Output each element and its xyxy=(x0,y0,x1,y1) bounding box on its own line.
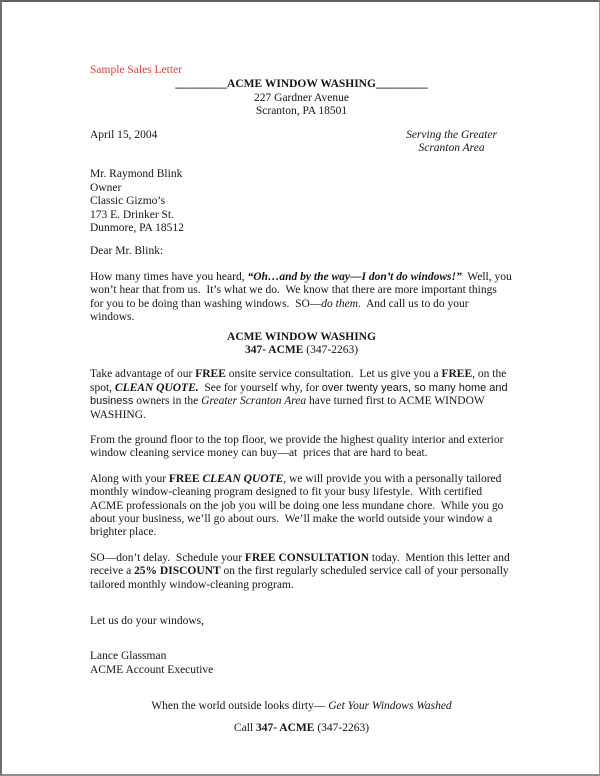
p2-text-4: See for yourself why, for xyxy=(199,382,322,394)
p2-free-emphasis-2: FREE xyxy=(441,368,472,380)
call-numeric: (347-2263) xyxy=(314,722,369,734)
recipient-city: Dunmore, PA 18512 xyxy=(90,222,513,235)
slogan-regular: When the world outside looks dirty— xyxy=(151,700,328,712)
p2-text-1: Take advantage of our xyxy=(90,368,195,380)
phone-vanity-number: 347- ACME xyxy=(245,344,303,356)
callout-company-name: ACME WINDOW WASHING xyxy=(90,331,513,344)
letterhead: _________ACME WINDOW WASHING_________ 22… xyxy=(90,78,513,118)
recipient-company: Classic Gizmo’s xyxy=(90,195,513,208)
date-row: April 15, 2004 Serving the Greater Scran… xyxy=(90,129,513,156)
p2-free-emphasis-1: FREE xyxy=(195,368,226,380)
letter-page: Sample Sales Letter _________ACME WINDOW… xyxy=(0,0,600,776)
p1-do-them-emphasis: do them xyxy=(321,298,358,310)
slogan-italic: Get Your Windows Washed xyxy=(328,700,451,712)
p2-clean-quote-emphasis: CLEAN QUOTE. xyxy=(115,382,199,394)
callout-phone-line: 347- ACME (347-2263) xyxy=(90,344,513,357)
sample-letter-label: Sample Sales Letter xyxy=(90,64,513,77)
tagline-line2: Scranton Area xyxy=(406,142,497,155)
recipient-street: 173 E. Drinker St. xyxy=(90,209,513,222)
service-area-tagline: Serving the Greater Scranton Area xyxy=(406,129,497,156)
p2-scranton-area-emphasis: Greater Scranton Area xyxy=(201,395,306,407)
company-callout-block: ACME WINDOW WASHING 347- ACME (347-2263) xyxy=(90,331,513,358)
salutation: Dear Mr. Blink: xyxy=(90,245,513,258)
footer-slogan-block: When the world outside looks dirty— Get … xyxy=(90,700,513,735)
paragraph-program: Along with your FREE CLEAN QUOTE, we wil… xyxy=(90,473,513,540)
p4-clean-quote-emphasis: CLEAN QUOTE xyxy=(202,473,283,485)
p2-text-5: owners in the xyxy=(133,395,201,407)
call-vanity-number: 347- ACME xyxy=(256,722,314,734)
p2-text-2: onsite service consultation. Let us give… xyxy=(226,368,442,380)
footer-slogan-line: When the world outside looks dirty— Get … xyxy=(90,700,513,713)
paragraph-cta: SO—don’t delay. Schedule your FREE CONSU… xyxy=(90,552,513,592)
closing-line: Let us do your windows, xyxy=(90,615,513,628)
paragraph-quality: From the ground floor to the top floor, … xyxy=(90,434,513,461)
letterhead-street: 227 Gardner Avenue xyxy=(90,92,513,105)
p4-text-1: Along with your xyxy=(90,473,169,485)
paragraph-intro: How many times have you heard, “Oh…and b… xyxy=(90,271,513,325)
signature-title: ACME Account Executive xyxy=(90,664,513,677)
p5-consultation-emphasis: FREE CONSULTATION xyxy=(245,552,369,564)
company-name-heading: _________ACME WINDOW WASHING_________ xyxy=(90,78,513,91)
signature-name: Lance Glassman xyxy=(90,650,513,663)
p1-quote-emphasis: “Oh…and by the way—I don’t do windows!” xyxy=(247,271,461,283)
tagline-line1: Serving the Greater xyxy=(406,129,497,142)
paragraph-offer: Take advantage of our FREE onsite servic… xyxy=(90,368,513,422)
footer-call-line: Call 347- ACME (347-2263) xyxy=(90,722,513,735)
p1-text-1: How many times have you heard, xyxy=(90,271,247,283)
recipient-role: Owner xyxy=(90,182,513,195)
call-prefix: Call xyxy=(234,722,256,734)
letterhead-city: Scranton, PA 18501 xyxy=(90,105,513,118)
recipient-address-block: Mr. Raymond Blink Owner Classic Gizmo’s … xyxy=(90,168,513,235)
p4-free-emphasis: FREE xyxy=(169,473,203,485)
letter-date: April 15, 2004 xyxy=(90,129,157,142)
phone-numeric: (347-2263) xyxy=(303,344,358,356)
p5-text-1: SO—don’t delay. Schedule your xyxy=(90,552,245,564)
signature-block: Lance Glassman ACME Account Executive xyxy=(90,650,513,677)
recipient-name: Mr. Raymond Blink xyxy=(90,168,513,181)
p5-discount-emphasis: 25% DISCOUNT xyxy=(134,565,221,577)
